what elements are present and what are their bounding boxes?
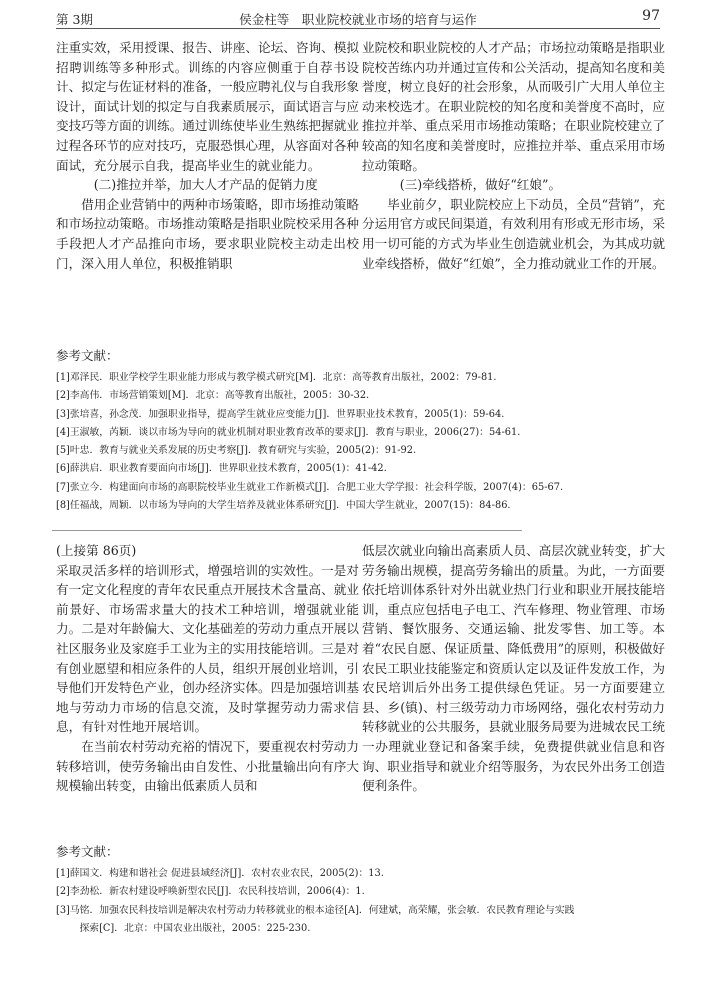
article2-left-column: (上接第 86页) 采取灵活多样的培训形式，增强培训的实效性。一是对有一定文化程… bbox=[56, 541, 359, 796]
continued-note: (上接第 86页) bbox=[56, 541, 359, 561]
article1-right-column: 业院校和职业院校的人才产品；市场拉动策略是指职业院校苦练内功并通过宣传和公关活动… bbox=[362, 38, 665, 273]
running-title: 侯金柱等 职业院校就业市场的培育与运作 bbox=[56, 10, 660, 28]
section-heading: (三)牵线搭桥，做好“红娘”。 bbox=[362, 175, 665, 195]
reference-item: [1]薛国文．构建和谐社会 促进县域经济[J]．农村农业农民，2005(2)：1… bbox=[56, 865, 666, 883]
paragraph: 采取灵活多样的培训形式，增强培训的实效性。一是对有一定文化程度的青年农民重点开展… bbox=[56, 561, 359, 737]
paragraph: 毕业前夕，职业院校应上下动员，全员“营销”，充分运用官方或民间渠道，有效利用有形… bbox=[362, 195, 665, 273]
paragraph: 低层次就业向输出高素质人员、高层次就业转变，扩大劳务输出规模，提高劳务输出的质量… bbox=[362, 541, 665, 796]
reference-item: [2]李高伟．市场营销策划[M]．北京：高等教育出版社，2005：30-32. bbox=[56, 387, 666, 405]
paragraph: 业院校和职业院校的人才产品；市场拉动策略是指职业院校苦练内功并通过宣传和公关活动… bbox=[362, 38, 665, 175]
running-header: 第 3期 侯金柱等 职业院校就业市场的培育与运作 97 bbox=[56, 8, 660, 29]
article2-right-column: 低层次就业向输出高素质人员、高层次就业转变，扩大劳务输出规模，提高劳务输出的质量… bbox=[362, 541, 665, 796]
reference-item: [8]任福战，周颖．以市场为导向的大学生培养及就业体系研究[J]．中国大学生就业… bbox=[56, 497, 666, 515]
reference-item: [4]王淑敏，芮颖．谈以市场为导向的就业机制对职业教育改革的要求[J]．教育与职… bbox=[56, 424, 666, 442]
article-divider bbox=[52, 530, 522, 531]
article1-references: [1]邓泽民．职业学校学生职业能力形成与教学模式研究[M]．北京：高等教育出版社… bbox=[56, 369, 666, 515]
reference-item: [3]马铭．加强农民科技培训是解决农村劳动力转移就业的根本途径[A]．何建斌，高… bbox=[56, 902, 666, 920]
paragraph: 注重实效，采用授课、报告、讲座、论坛、咨询、模拟招聘训练等多种形式。训练的内容应… bbox=[56, 38, 359, 175]
reference-item: [5]叶忠．教育与就业关系发展的历史考察[J]．教育研究与实验，2005(2)：… bbox=[56, 442, 666, 460]
reference-item: [1]邓泽民．职业学校学生职业能力形成与教学模式研究[M]．北京：高等教育出版社… bbox=[56, 369, 666, 387]
article1-left-column: 注重实效，采用授课、报告、讲座、论坛、咨询、模拟招聘训练等多种形式。训练的内容应… bbox=[56, 38, 359, 273]
section-heading: (二)推拉并举，加大人才产品的促销力度 bbox=[56, 175, 359, 195]
reference-item: [7]张立今．构建面向市场的高职院校毕业生就业工作新模式[J]．合肥工业大学学报… bbox=[56, 479, 666, 497]
reference-item: [3]张培喜，孙念茂．加强职业指导，提高学生就业应变能力[J]．世界职业技术教育… bbox=[56, 406, 666, 424]
paragraph: 在当前农村劳动充裕的情况下，要重视农村劳动力转移培训，使劳务输出由自发性、小批量… bbox=[56, 737, 359, 796]
references-title: 参考文献： bbox=[56, 346, 119, 364]
reference-item-continuation: 探索[C]．北京：中国农业出版社，2005：225-230. bbox=[56, 920, 666, 938]
article2-references: [1]薛国文．构建和谐社会 促进县域经济[J]．农村农业农民，2005(2)：1… bbox=[56, 865, 666, 938]
reference-item: [2]李劲松．新农村建设呼唤新型农民[J]．农民科技培训，2006(4)：1. bbox=[56, 883, 666, 901]
page-number: 97 bbox=[642, 8, 660, 24]
reference-item: [6]薛洪启．职业教育要面向市场[J]．世界职业技术教育，2005(1)：41-… bbox=[56, 460, 666, 478]
paragraph: 借用企业营销中的两种市场策略，即市场推动策略和市场拉动策略。市场推动策略是指职业… bbox=[56, 195, 359, 273]
references-title: 参考文献： bbox=[56, 842, 119, 860]
